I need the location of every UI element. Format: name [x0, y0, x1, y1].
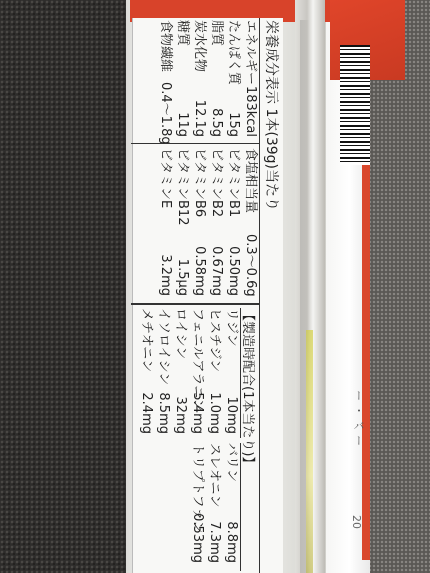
amino-row: ヒスチジン1.0mg [206, 308, 223, 438]
nutrient-row: エネルギー183kcal [242, 20, 259, 140]
nutrient-row: 脂質8.5g [208, 20, 225, 140]
manufacturing-title: 【製造時配合(1本当たり)】 [240, 308, 259, 469]
nutrient-row: ビタミンB60.58mg [191, 148, 208, 303]
side-print-text: ー・バー [350, 390, 366, 450]
amino-row: トリプトファン0.53mg [189, 443, 206, 571]
fabric-background-light [360, 0, 430, 573]
nutrient-row: 糖質11g [174, 20, 191, 140]
amino-row: バリン8.8mg [223, 443, 240, 571]
nutrients-right: 食塩相当量0.3〜0.6g ビタミンB10.50mg ビタミンB20.67mg … [131, 143, 259, 303]
barcode-icon [340, 45, 370, 165]
nutrient-row: 炭水化物12.1g [191, 20, 208, 140]
table-divider [131, 303, 259, 305]
nutrient-row: ビタミンB20.67mg [208, 148, 225, 303]
nutrient-row: たんぱく質15g [225, 20, 242, 140]
nutrition-label: 栄養成分表示 1本(39g)当たり エネルギー183kcal たんぱく質15g … [132, 18, 282, 573]
fold-shadow [300, 20, 310, 573]
nutrient-row: ビタミンB121.5μg [174, 148, 191, 303]
amino-row: リジン10mg [223, 308, 240, 438]
amino-row: ロイシン32mg [172, 308, 189, 438]
nutrient-row: ビタミンB10.50mg [225, 148, 242, 303]
nutrient-row: 食塩相当量0.3〜0.6g [242, 148, 259, 303]
amino-left: リジン10mg ヒスチジン1.0mg フェニルアラニン5.4mg ロイシン32m… [112, 308, 241, 438]
amino-row: スレオニン7.3mg [206, 443, 223, 571]
nutrient-row: ビタミンE3.2mg [157, 148, 174, 303]
amino-row: イソロイシン8.5mg [155, 308, 172, 438]
nutrient-row: 食物繊維0.4〜1.8g [157, 20, 174, 140]
amino-right: バリン8.8mg スレオニン7.3mg トリプトファン0.53mg [112, 443, 241, 571]
label-title: 栄養成分表示 1本(39g)当たり [262, 20, 282, 211]
nutrients-left: エネルギー183kcal たんぱく質15g 脂質8.5g 炭水化物12.1g 糖… [131, 20, 259, 140]
amino-row: メチオニン2.4mg [138, 308, 155, 438]
amino-row: フェニルアラニン5.4mg [189, 308, 206, 438]
side-print-number: 20 [350, 515, 363, 529]
nutrition-grid: エネルギー183kcal たんぱく質15g 脂質8.5g 炭水化物12.1g 糖… [131, 18, 260, 573]
